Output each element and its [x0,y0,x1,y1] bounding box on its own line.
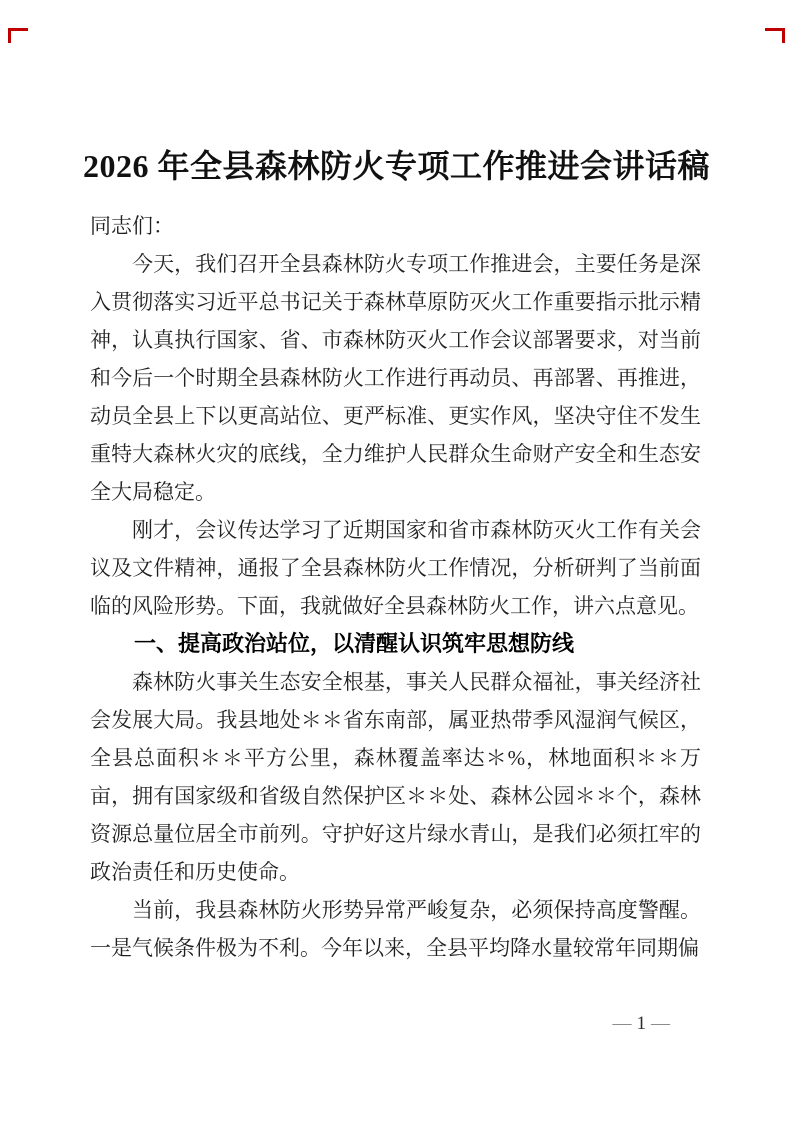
page-number-dash-right: — [651,1013,670,1034]
page-number: —1— [608,1012,676,1036]
document-title: 2026 年全县森林防火专项工作推进会讲话稿 [0,142,793,190]
salutation: 同志们： [90,207,701,245]
document-page: 2026 年全县森林防火专项工作推进会讲话稿 同志们： 今天，我们召开全县森林防… [0,0,793,1122]
paragraph-county-overview: 森林防火事关生态安全根基，事关人民群众福祉，事关经济社会发展大局。我县地处＊＊省… [90,663,701,891]
paragraph-opening: 今天，我们召开全县森林防火专项工作推进会，主要任务是深入贯彻落实习近平总书记关于… [90,245,701,511]
page-number-dash-left: — [613,1013,632,1034]
paragraph-meeting-summary: 刚才，会议传达学习了近期国家和省市森林防灭火工作有关会议及文件精神，通报了全县森… [90,511,701,625]
document-body: 同志们： 今天，我们召开全县森林防火专项工作推进会，主要任务是深入贯彻落实习近平… [90,207,701,967]
paragraph-current-situation: 当前，我县森林防火形势异常严峻复杂，必须保持高度警醒。一是气候条件极为不利。今年… [90,891,701,967]
red-corner-mark-top-left [8,28,28,43]
page-number-value: 1 [637,1013,647,1034]
section-heading-1: 一、提高政治站位，以清醒认识筑牢思想防线 [90,625,701,663]
red-corner-mark-top-right [765,28,785,43]
